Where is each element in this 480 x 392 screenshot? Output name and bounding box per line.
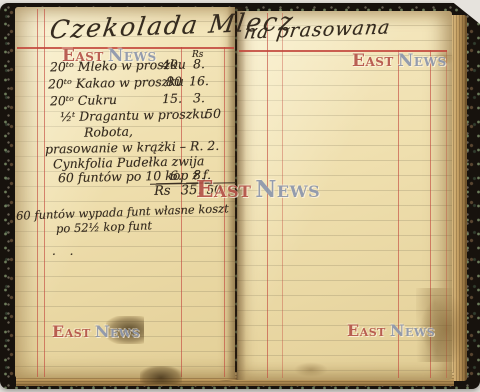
watermark-word-east: East xyxy=(196,176,251,203)
scanned-notebook-photo: Czekolada Mlecz na prasowana Rs 20ᵗᵒ Mle… xyxy=(0,0,480,392)
row-quantity: 6. xyxy=(156,168,182,185)
watermark-word-news: News xyxy=(95,322,140,341)
watermark-word-east: East xyxy=(62,46,104,66)
eastnews-watermark: EastNews xyxy=(347,321,435,340)
row-label: 20ᵗᵒ Cukru xyxy=(50,92,117,108)
row-quantity: 15. xyxy=(156,91,182,107)
row-amount: 50 xyxy=(200,106,226,122)
stray-ink-marks: . . xyxy=(52,244,78,258)
eastnews-watermark: EastNews xyxy=(62,46,157,66)
row-amount: 3. xyxy=(186,90,212,106)
watermark-word-news: News xyxy=(108,46,157,66)
eastnews-watermark: EastNews xyxy=(196,176,320,203)
row-amount: 16. xyxy=(186,73,212,89)
scan-background-corner xyxy=(450,0,480,24)
watermark-word-news: News xyxy=(390,321,435,340)
eastnews-watermark: EastNews xyxy=(352,51,447,71)
watermark-word-news: News xyxy=(398,51,447,71)
total-currency: Rs xyxy=(154,184,171,199)
watermark-word-east: East xyxy=(352,51,394,71)
row-quantity: 40. xyxy=(156,57,182,73)
row-quantity: 80 xyxy=(156,74,182,90)
watermark-word-east: East xyxy=(347,321,386,340)
row-label: ½ᵗ Dragantu w proszku xyxy=(60,106,208,124)
watermark-word-news: News xyxy=(255,176,320,203)
page-stack-edge-right xyxy=(450,15,467,381)
row-label: Robota, xyxy=(84,124,133,140)
row-amount: 8. xyxy=(186,56,212,72)
eastnews-watermark: EastNews xyxy=(52,322,140,341)
watermark-word-east: East xyxy=(52,322,91,341)
column-rule xyxy=(446,50,447,378)
